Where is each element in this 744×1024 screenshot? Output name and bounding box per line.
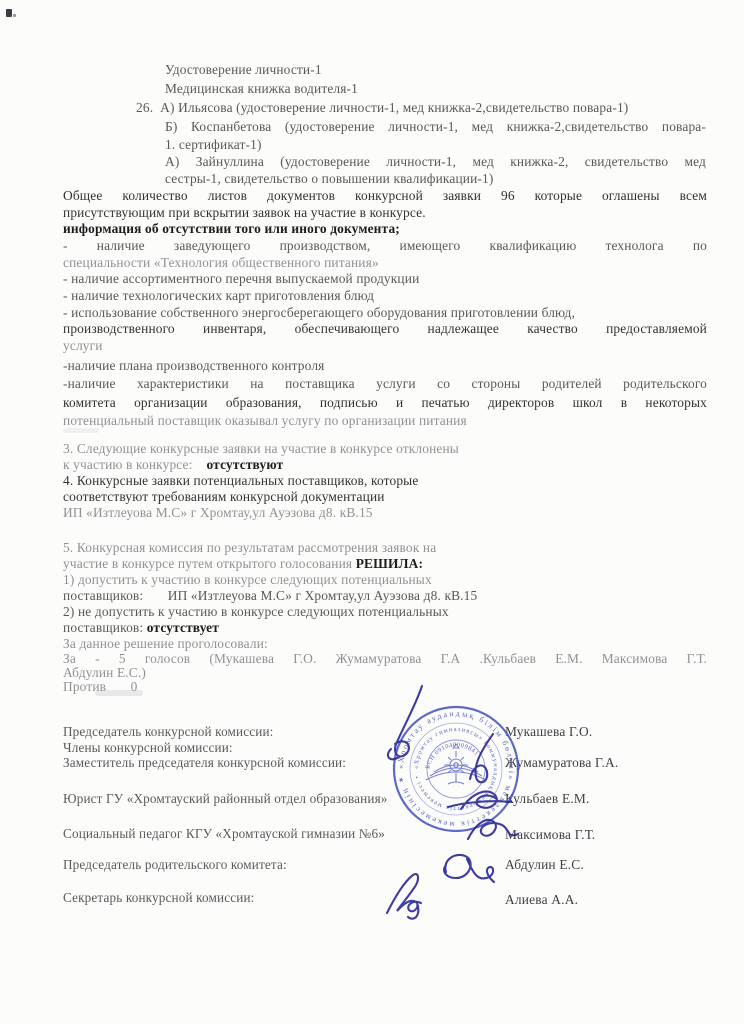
text-segment: 1. сертификат-1) [165,137,262,152]
text-line: потенциальный поставщик оказывал услугу … [63,413,467,428]
text-line: Б) Коспанбетова (удостоверение личности-… [165,119,706,134]
document-page: Удостоверение личности-1Медицинская книж… [0,0,744,1024]
text-segment: Против 0 [63,679,137,694]
text-line: 3. Следующие конкурсные заявки на участи… [63,441,459,456]
text-line: - использование собственного энергосбере… [63,305,575,320]
text-line: За данное решение проголосовали: [63,636,268,651]
text-segment: потенциальный поставщик оказывал услугу … [63,413,467,428]
text-segment: поставщиков: [63,620,147,635]
text-line: 1. сертификат-1) [165,137,262,152]
text-line: Абдулин Е.С.) [63,665,146,680]
text-segment: комитета организации образования, подпис… [63,395,707,410]
text-segment: А) Зайнуллина (удостоверение личности-1,… [165,154,706,169]
text-segment: - наличие заведующего производством, име… [63,238,707,253]
signature-row-label: Председатель родительского комитета: [63,857,287,873]
scan-speck [13,14,16,17]
text-segment: 5. Конкурсная комиссия по результатам ра… [63,540,436,555]
text-segment: соответствуют требованиям конкурсной док… [63,489,385,504]
text-segment: производственного инвентаря, обеспечиваю… [63,321,707,336]
signature-abdulin [444,855,494,882]
text-line: 4. Конкурсные заявки потенциальных поста… [63,473,418,488]
text-line: 2) не допустить к участию в конкурсе сле… [63,604,449,619]
official-stamp: «Хромтау аудандық білім бөлімі» мемлекет… [394,707,518,831]
text-line: - наличие заведующего производством, име… [63,238,707,253]
signature-row-label: Секретарь конкурсной комиссии: [63,890,254,906]
text-segment: Удостоверение личности-1 [165,62,322,77]
text-line: - наличие ассортиментного перечня выпуск… [63,271,419,286]
text-line: -наличие характеристики на поставщика ус… [63,376,707,391]
text-line: - наличие технологических карт приготовл… [63,288,374,303]
text-line: Медицинская книжка водителя-1 [165,81,358,96]
text-segment: участие в конкурсе путем открытого голос… [63,556,356,571]
text-line: присутствующим при вскрытии заявок на уч… [63,205,426,220]
text-segment: присутствующим при вскрытии заявок на уч… [63,205,426,220]
emphasized-text: отсутствуют [207,457,284,472]
text-segment: 1) допустить к участию в конкурсе следую… [63,572,432,587]
text-line: участие в конкурсе путем открытого голос… [63,556,423,571]
text-segment: -наличие характеристики на поставщика ус… [63,376,707,391]
text-line: Общее количество листов документов конку… [63,188,707,203]
text-segment: 2) не допустить к участию в конкурсе сле… [63,604,449,619]
signature-row-label: Социальный педагог КГУ «Хромтауской гимн… [63,826,385,842]
text-line: производственного инвентаря, обеспечиваю… [63,321,707,336]
text-line: поставщиков: ИП «Изтлеуова М.С» г Хромта… [63,588,477,603]
text-line: 26. А) Ильясова (удостоверение личности-… [136,100,628,115]
emphasized-text: РЕШИЛА: [356,556,423,571]
text-segment: Общее количество листов документов конку… [63,188,707,203]
text-line: Против 0 [63,679,137,694]
text-segment: поставщиков: ИП «Изтлеуова М.С» г Хромта… [63,588,477,603]
text-line: услуги [63,338,103,353]
text-segment: - наличие технологических карт приготовл… [63,288,374,303]
text-segment: 4. Конкурсные заявки потенциальных поста… [63,473,418,488]
text-segment: -наличие плана производственного контрол… [63,358,324,373]
text-segment: информация об отсутствии того или иного … [63,221,400,236]
text-line: поставщиков: отсутствует [63,620,219,635]
text-line: 1) допустить к участию в конкурсе следую… [63,572,432,587]
signature-row-label: Члены конкурсной комиссии: [63,740,233,756]
text-line: специальности «Технология общественного … [63,255,379,270]
signature-alieva [387,874,421,919]
text-segment: Медицинская книжка водителя-1 [165,81,358,96]
text-segment: - наличие ассортиментного перечня выпуск… [63,271,419,286]
scan-speck [6,9,12,17]
stamp-and-signatures-layer: «Хромтау аудандық білім бөлімі» мемлекет… [360,660,660,960]
text-segment: 3. Следующие конкурсные заявки на участи… [63,441,459,456]
scan-smudge [63,428,99,433]
signature-row-label: Председатель конкурсной комиссии: [63,724,274,740]
text-segment: - использование собственного энергосбере… [63,305,575,320]
text-line: информация об отсутствии того или иного … [63,221,400,236]
emphasized-text: отсутствует [147,620,219,635]
text-line: А) Зайнуллина (удостоверение личности-1,… [165,154,706,169]
text-segment: За данное решение проголосовали: [63,636,268,651]
text-segment: к участию в конкурсе: [63,457,207,472]
text-segment: сестры-1, свидетельство о повышении квал… [165,171,493,186]
text-line: к участию в конкурсе: отсутствуют [63,457,283,472]
signature-row-label: Юрист ГУ «Хромтауский районный отдел обр… [63,791,388,807]
text-line: сестры-1, свидетельство о повышении квал… [165,171,493,186]
text-segment: специальности «Технология общественного … [63,255,379,270]
text-line: комитета организации образования, подпис… [63,395,707,410]
text-line: ИП «Изтлеуова М.С» г Хромтау,ул Ауэзова … [63,505,373,520]
text-segment: Б) Коспанбетова (удостоверение личности-… [165,119,706,134]
text-line: соответствуют требованиям конкурсной док… [63,489,385,504]
text-line: -наличие плана производственного контрол… [63,358,324,373]
text-line: 5. Конкурсная комиссия по результатам ра… [63,540,436,555]
text-segment: ИП «Изтлеуова М.С» г Хромтау,ул Ауэзова … [63,505,373,520]
signature-row-label: Заместитель председателя конкурсной коми… [63,755,346,771]
signature-maksimova [468,820,518,839]
text-segment: 26. А) Ильясова (удостоверение личности-… [136,100,628,115]
text-segment: Абдулин Е.С.) [63,665,146,680]
text-segment: услуги [63,338,103,353]
text-line: Удостоверение личности-1 [165,62,322,77]
